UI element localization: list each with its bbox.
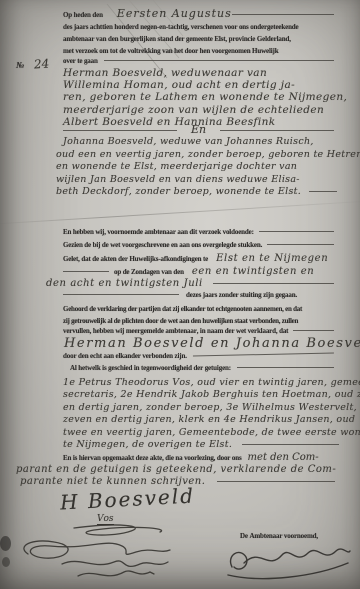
rule-line (63, 294, 179, 295)
printed-line: op de Zondagen van den (114, 268, 184, 276)
doc-number: № 24 (16, 55, 49, 73)
couple-names-line: Herman Boesveld en Johanna Boesveld (64, 336, 360, 351)
rule-line (217, 481, 335, 482)
doc-number-symbol: № (16, 60, 24, 70)
printed-line: En is hiervan opgemaakt deze akte, die n… (63, 454, 242, 462)
handwritten-insert: Elst en te Nijmegen (216, 253, 328, 264)
rule-line (309, 191, 337, 192)
handwritten-insert: den acht en twintigsten Juli (46, 278, 203, 289)
printed-line: Gehoord de verklaring der partijen dat z… (63, 303, 334, 315)
rule-line (220, 130, 334, 131)
handwritten-line: te Nijmegen, de overigen te Elst. (63, 439, 232, 451)
handwritten-line: twee en veertig jaren, Gemeentebode, de … (63, 427, 339, 439)
rule-line (213, 283, 334, 284)
signature-groom: H Boesveld (59, 483, 195, 514)
printed-line: over te gaan (63, 57, 98, 65)
handwritten-line: meerderjarige zoon van wijlen de echteli… (63, 104, 335, 116)
rule-line (232, 14, 334, 15)
handwritten-line: met den Com- (248, 452, 319, 463)
handwritten-line: Willemina Homan, oud acht en dertig ja- (63, 79, 335, 91)
rule-line (293, 330, 334, 331)
handwritten-line: parant en de getuigen is geteekend, verk… (16, 464, 336, 475)
printed-line: Gelet, dat de akten der Huwelijks-afkond… (63, 255, 208, 263)
printed-line: des jaars achttien honderd negen-en-tach… (63, 21, 334, 33)
handwritten-line: ren, geboren te Lathem en wonende te Nij… (63, 91, 335, 103)
handwritten-line: zeven en dertig jaren, klerk en 4e Hendr… (63, 414, 339, 426)
printed-line: En hebben wij, voornoemde ambtenaar aan … (63, 228, 254, 236)
handwritten-line: secretaris, 2e Hendrik Jakob Berghuis te… (63, 389, 339, 401)
witnesses-section: 1e Petrus Theodorus Vos, oud vier en twi… (63, 377, 339, 451)
handwritten-insert: een en twintigsten en (192, 266, 314, 277)
handwritten-line: en dertig jaren, zonder beroep, 3e Wilhe… (63, 402, 339, 414)
printed-line: Gezien de bij de wet voorgeschrevene en … (63, 241, 262, 249)
printed-line: dezes jaars zonder stuiting zijn gegaan. (186, 291, 297, 299)
printed-line: door den echt aan elkander verbonden zij… (63, 352, 187, 360)
printed-line: met verzoek om tot de voltrekking van he… (63, 45, 334, 57)
closing-section: En is hiervan opgemaakt deze akte, die n… (63, 452, 355, 464)
printed-line: ambtenaar van den burgerlijken stand der… (63, 33, 334, 45)
scanned-marriage-certificate: № 24 Op heden den Eersten Augustus des j… (0, 0, 360, 589)
handwritten-line: en wonende te Elst, meerderjarige dochte… (56, 161, 337, 174)
separator-row: En (63, 123, 334, 136)
rule-line (237, 367, 334, 368)
printed-line: Al hetwelk is geschied in tegenwoordighe… (70, 364, 231, 372)
rule-line (63, 271, 109, 272)
doc-number-value: 24 (34, 56, 50, 71)
printed-line: vervullen, hebben wij meergemelde ambten… (63, 327, 288, 335)
paper-crease-line (0, 200, 360, 225)
printed-line: zij getrouwelijk al de plichten door de … (63, 315, 334, 327)
handwritten-line: 1e Petrus Theodorus Vos, oud vier en twi… (63, 377, 339, 389)
edge-smudge (2, 557, 10, 567)
rule-line (259, 231, 334, 232)
rule-line (63, 130, 177, 131)
witness-signatures-flourish (10, 520, 210, 586)
declaration-section: Gehoord de verklaring der partijen dat z… (63, 303, 334, 339)
official-caption: De Ambtenaar voornoemd, (240, 532, 318, 540)
handwritten-line: Johanna Boesveld, weduwe van Johannes Ru… (63, 136, 337, 149)
groom-section: Herman Boesveld, weduwenaar van Willemin… (63, 67, 335, 128)
rule-line (242, 444, 339, 445)
rule-line (104, 60, 334, 61)
printed-line: Op heden den (63, 11, 103, 19)
witness-intro-row: Al hetwelk is geschied in tegenwoordighe… (70, 364, 334, 376)
rule-line (267, 244, 334, 245)
bride-section: Johanna Boesveld, weduwe van Johannes Ru… (56, 136, 337, 199)
rule-line (193, 353, 334, 357)
official-signature-flourish (222, 541, 354, 583)
handwritten-line: wijlen Jan Boesveld en van diens weduwe … (56, 174, 337, 187)
handwritten-line: oud een en veertig jaren, zonder beroep,… (56, 149, 337, 162)
compliance-section: En hebben wij, voornoemde ambtenaar aan … (63, 228, 334, 304)
edge-smudge (0, 536, 11, 551)
handwritten-line: Herman Boesveld, weduwenaar van (63, 67, 335, 79)
handwritten-date: Eersten Augustus (117, 7, 232, 20)
opening-section: Op heden den Eersten Augustus des jaars … (63, 7, 334, 69)
bond-line-row: door den echt aan elkander verbonden zij… (63, 352, 334, 364)
handwritten-line: beth Deckdorf, zonder beroep, wonende te… (56, 186, 301, 199)
separator-en: En (191, 123, 206, 136)
